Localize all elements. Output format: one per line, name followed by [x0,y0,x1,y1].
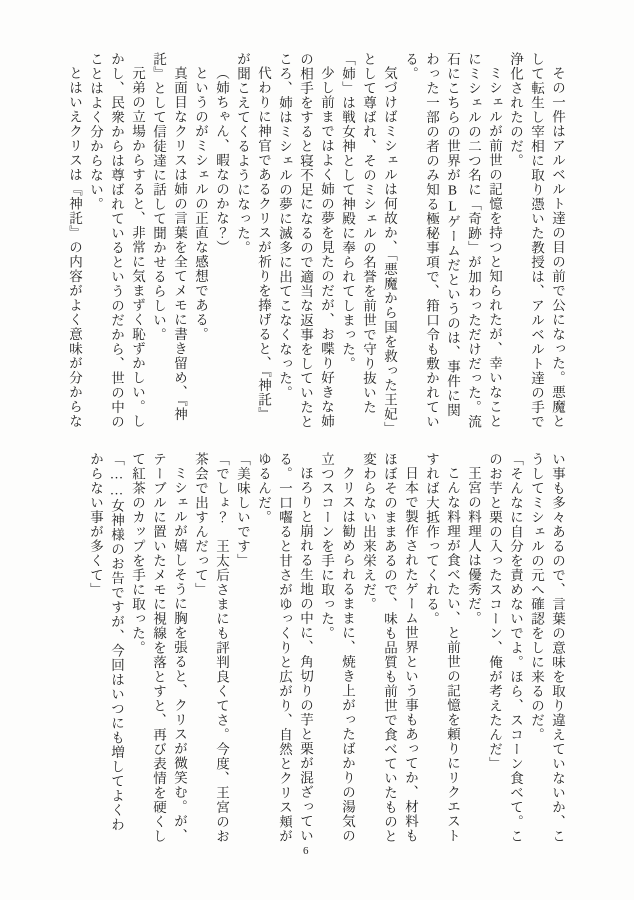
paragraph: 代わりに神官であるクリスが祈りを捧げると、『神託』が聞こえてくるようになった。 [232,52,274,430]
paragraph: こんな料理が食べたい、と前世の記憶を頼りにリクエストすれば大抵作ってくれる。 [421,452,463,844]
paragraph: ほろりと崩れる生地の中に、角切りの芋と栗が混ざっている。一口囓ると甘さがゆっくり… [253,452,316,844]
page-number: 6 [303,845,309,857]
paragraph: 元弟の立場からすると、非常に気まずく恥ずかしい。しかし、民衆からは尊ばれていると… [85,52,148,430]
paragraph: 気づけばミシェルは何故か、「悪魔から国を救った王妃」として尊ばれ、そのミシェルの… [337,52,400,430]
paragraph: とはいえクリスは『神託』の内容がよく意味が分からな [64,52,85,430]
paragraph: 「でしょ？ 王太后さまにも評判良くてさ。今度、王宮のお茶会で出すんだって」 [190,452,232,844]
paragraph: 少し前まではよく姉の夢を見たのだが、お喋り好きな姉の相手をすると寝不足になるので… [274,52,337,430]
paragraph: ミシェルが前世の記憶を持つと知られたが、幸いなことにミシェルの二つ名に「奇跡」が… [400,52,505,430]
paragraph: い事も多々あるので、言葉の意味を取り違えていないか、こうしてミシェルの元へ確認を… [526,452,568,844]
paragraph: というのがミシェルの正直な感想である。 [190,52,211,430]
paragraph: 「……女神様のお告ですが、今回はいつにも増してよくわからない事が多くて」 [85,452,127,844]
paragraph: その一件はアルベルト達の目の前で公になった。悪魔として転生し宰相に取り憑いた教授… [505,52,568,430]
paragraph: 「美味しいです」 [232,452,253,844]
paragraph: ミシェルが嬉しそうに胸を張ると、クリスが微笑む。が、テーブルに置いたメモに視線を… [127,452,190,844]
book-page: その一件はアルベルト達の目の前で公になった。悪魔として転生し宰相に取り憑いた教授… [0,0,634,900]
paragraph: 王宮の料理人は優秀だ。 [463,452,484,844]
paragraph: 「そんなに自分を責めないでよ。ほら、スコーン食べて。このお芋と栗の入ったスコーン… [484,452,526,844]
top-text-block: その一件はアルベルト達の目の前で公になった。悪魔として転生し宰相に取り憑いた教授… [64,52,568,430]
bottom-text-block: い事も多々あるので、言葉の意味を取り違えていないか、こうしてミシェルの元へ確認を… [85,452,568,844]
paragraph: 真面目なクリスは姉の言葉を全てメモに書き留め、『神託』として信徒達に話して聞かせ… [148,52,190,430]
paragraph: 日本で製作されたゲーム世界という事もあってか、材料もほぼそのままあるので、味も品… [358,452,421,844]
paragraph: クリスは勧められるままに、焼き上がったばかりの湯気の立つスコーンを手に取った。 [316,452,358,844]
paragraph: （姉ちゃん、暇なのかな？） [211,52,232,430]
